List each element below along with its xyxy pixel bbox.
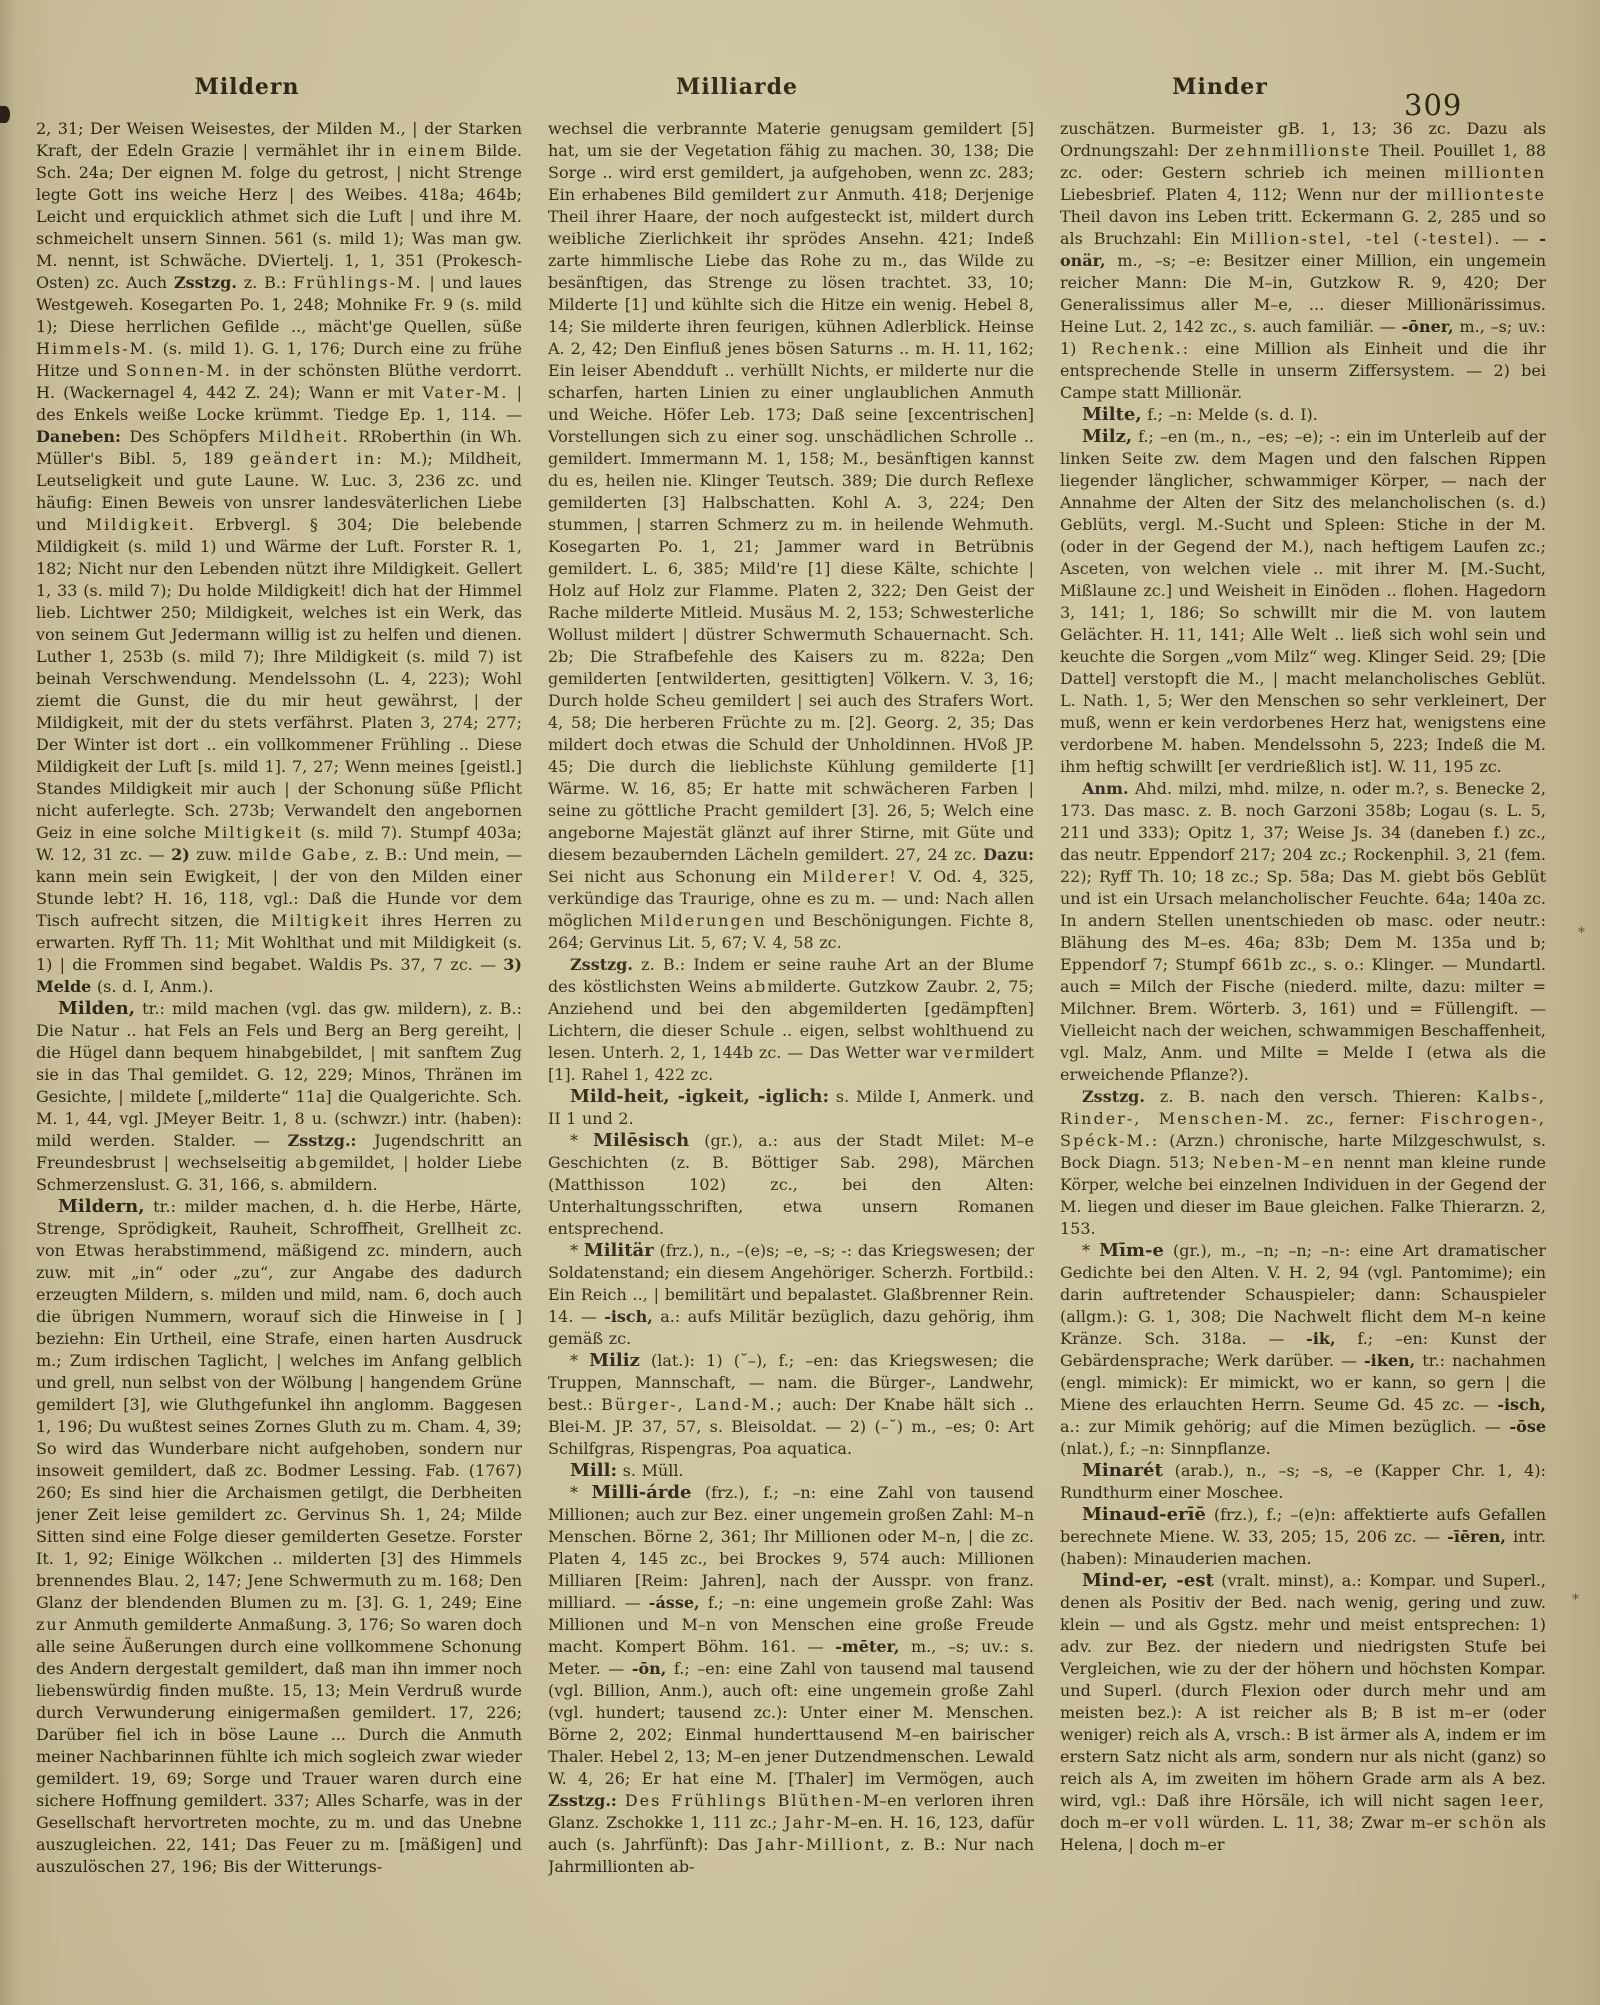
text-run: Zsstzg. (174, 273, 237, 292)
text-run: -isch, (604, 1307, 653, 1326)
text-run: Melde (36, 977, 91, 996)
text-run: Jahr-Milliont, (757, 1835, 893, 1854)
text-columns: 2, 31; Der Weisen Weisestes, der Milden … (36, 118, 1546, 1886)
text-run: Miltigkeit (204, 823, 303, 842)
entry-headword: Milte, (1082, 404, 1142, 425)
text-run: Des Schöpfers (121, 427, 258, 446)
paragraph: zuschätzen. Burmeister gB. 1, 13; 36 zc.… (1060, 118, 1546, 404)
text-run: Frühlings-M. (293, 273, 422, 292)
text-run: ver (943, 1043, 975, 1062)
text-run: Des Frühlings Blüthen- (625, 1791, 863, 1810)
text-run: in (917, 537, 936, 556)
text-run: zc., ferner: (1291, 1109, 1421, 1128)
entry-headword: Mind-er, -est (1082, 1570, 1214, 1591)
text-run: z. B. nach den versch. Thieren: (1145, 1087, 1477, 1106)
text-run: -ásse, (649, 1593, 700, 1612)
text-run: Zsstzg. (570, 955, 633, 974)
text-run: leer, (1501, 1791, 1546, 1810)
entry-headword: Miliz (589, 1350, 640, 1371)
entry-headword: Minarét (1082, 1460, 1163, 1481)
text-run: millionten (1444, 163, 1546, 182)
paragraph: Milte, f.; –n: Melde (s. d. I). (1060, 404, 1546, 426)
margin-speck: * (1572, 1592, 1579, 1608)
paragraph: Milz, f.; –en (m., n., –es; –e); -: ein … (1060, 426, 1546, 778)
paragraph: * Mīm-e (gr.), m., –n; –n; –n-: eine Art… (1060, 1240, 1546, 1460)
running-head-center: Milliarde (676, 74, 798, 100)
text-run: zehnmillionste (1225, 141, 1371, 160)
entry-headword: Mīm-e (1099, 1240, 1164, 1261)
text-run: Sonnen-M. (126, 361, 232, 380)
text-run: (s. d. I, Anm.). (91, 977, 213, 996)
paragraph: Mild-heit, -igkeit, -iglich: s. Milde I,… (548, 1086, 1034, 1130)
text-run: Milderungen (640, 911, 767, 930)
text-run: Anm. (1082, 779, 1129, 798)
text-run: Ahd. milzi, mhd. milze, n. oder m.?, s. … (1060, 779, 1546, 1084)
text-run: Anmuth. 418; Derjenige Theil ihrer Haare… (548, 185, 1034, 446)
paragraph: Anm. Ahd. milzi, mhd. milze, n. oder m.?… (1060, 778, 1546, 1086)
text-run: geändert in: (250, 449, 384, 468)
dictionary-page: Mildern Milliarde Minder 309 2, 31; Der … (0, 0, 1600, 2005)
text-run: Zsstzg.: (288, 1131, 357, 1150)
entry-headword: Milz, (1082, 426, 1132, 447)
text-run: -mēter, (835, 1637, 899, 1656)
text-run: -iken, (1364, 1351, 1415, 1370)
column-right: zuschätzen. Burmeister gB. 1, 13; 36 zc.… (1060, 118, 1546, 1886)
entry-headword: Militär (584, 1240, 654, 1261)
text-run: -isch, (1497, 1395, 1546, 1414)
text-run: Betrübnis gemildert. L. 6, 385; Mild're … (548, 537, 1034, 864)
text-run: 2) (171, 845, 190, 864)
text-run: * (1082, 1241, 1099, 1260)
column-center: wechsel die verbrannte Materie genugsam … (548, 118, 1034, 1886)
paragraph: Mind-er, -est (vralt. minst), a.: Kompar… (1060, 1570, 1546, 1856)
paragraph: wechsel die verbrannte Materie genugsam … (548, 118, 1034, 954)
text-run: Mildheit. (258, 427, 349, 446)
text-run: * (570, 1131, 593, 1150)
paragraph: * Miliz (lat.): 1) (˘–), f.; –en: das Kr… (548, 1350, 1034, 1460)
text-run: Daneben: (36, 427, 121, 446)
text-run: f.; –en: eine Zahl von tausend mal tause… (548, 1659, 1034, 1788)
text-run: (vralt. minst), a.: Kompar. und Superl.,… (1060, 1571, 1546, 1810)
text-run: zur (797, 185, 829, 204)
paragraph: Zsstzg. z. B. nach den versch. Thieren: … (1060, 1086, 1546, 1240)
text-run: z. B.: (237, 273, 293, 292)
column-left: 2, 31; Der Weisen Weisestes, der Milden … (36, 118, 522, 1886)
text-run: Mildigkeit. (86, 515, 196, 534)
text-run: Dazu: (983, 845, 1034, 864)
text-run: Erbvergl. § 304; Die belebende Mildigkei… (36, 515, 522, 842)
text-run: würden. L. 11, 38; Zwar m–er (1191, 1813, 1458, 1832)
text-run: -ik, (1306, 1329, 1335, 1348)
text-run: f.; –en (m., n., –es; –e); -: ein im Unt… (1060, 427, 1546, 776)
entry-headword: Minaud-erīē (1082, 1504, 1206, 1525)
text-run: -ōner, (1402, 317, 1454, 336)
page-number: 309 (1404, 88, 1462, 122)
paragraph: * Milēsisch (gr.), a.: aus der Stadt Mil… (548, 1130, 1034, 1240)
text-run: * (570, 1351, 589, 1370)
paragraph: Minarét (arab.), n., –s; –s, –e (Kapper … (1060, 1460, 1546, 1504)
text-run: Himmels-M. (36, 339, 155, 358)
text-run: — (1501, 229, 1539, 248)
text-run: * (570, 1241, 584, 1260)
ink-blot (0, 106, 10, 123)
entry-headword: Milēsisch (593, 1130, 689, 1151)
text-run: ab (295, 1153, 319, 1172)
text-run: 3) (503, 955, 522, 974)
entry-headword: Milli-árde (592, 1482, 692, 1503)
text-run: Miltigkeit (271, 911, 370, 930)
text-run: Rechenk.: (1091, 339, 1190, 358)
text-run: -ōn, (632, 1659, 667, 1678)
text-run: zur (36, 1615, 68, 1634)
paragraph: Zsstzg. z. B.: Indem er seine rauhe Art … (548, 954, 1034, 1086)
entry-headword: Mild-heit, -igkeit, -iglich: (570, 1086, 829, 1107)
text-run: -īēren, (1447, 1527, 1506, 1546)
text-run: zuw. (190, 845, 238, 864)
running-head-right: Minder (1172, 74, 1268, 100)
paragraph: Milden, tr.: mild machen (vgl. das gw. m… (36, 998, 522, 1196)
running-head-left: Mildern (194, 74, 299, 100)
entry-headword: Mill: (570, 1460, 617, 1481)
paragraph: 2, 31; Der Weisen Weisestes, der Milden … (36, 118, 522, 998)
text-run: zu (707, 427, 730, 446)
margin-speck: * (1578, 925, 1585, 941)
text-run: (nlat.), f.; –n: Sinnpflanze. (1060, 1439, 1271, 1458)
text-run: milde Gabe, (238, 845, 359, 864)
text-run: f.; –n: Melde (s. d. I). (1142, 405, 1318, 424)
text-run: Bilde. Sch. 24a; Der eignen M. folge du … (36, 141, 522, 292)
text-run: Sei nicht aus Schonung ein (548, 867, 802, 886)
text-run: Zsstzg.: (548, 1791, 617, 1810)
paragraph: Mildern, tr.: milder machen, d. h. die H… (36, 1196, 522, 1878)
paragraph: * Milli-árde (frz.), f.; –n: eine Zahl v… (548, 1482, 1034, 1878)
text-run (617, 1791, 625, 1810)
text-run: millionteste (1426, 185, 1546, 204)
text-run: Vater-M. (422, 383, 508, 402)
paragraph: * Militär (frz.), n., –(e)s; –e, –s; -: … (548, 1240, 1034, 1350)
text-run: -ōse (1510, 1417, 1547, 1436)
text-run: * (570, 1483, 592, 1502)
text-run: Neben-M–en (1213, 1153, 1336, 1172)
paragraph: Minaud-erīē (frz.), f.; –(e)n: affektier… (1060, 1504, 1546, 1570)
entry-headword: Mildern, (58, 1196, 144, 1217)
text-run: Anmuth gemilderte Anmaßung. 3, 176; So w… (36, 1615, 522, 1876)
text-run: voll (1154, 1813, 1191, 1832)
text-run: Zsstzg. (1082, 1087, 1145, 1106)
paragraph: Mill: s. Müll. (548, 1460, 1034, 1482)
text-run: Jahr- (784, 1813, 833, 1832)
text-run: schön (1458, 1813, 1515, 1832)
text-run: Bürger-, Land-M.; (601, 1395, 784, 1414)
text-run: tr.: mild machen (vgl. das gw. mildern),… (36, 999, 522, 1150)
text-run: Liebesbrief. Platen 4, 112; Wenn nur der (1060, 185, 1426, 204)
text-run: Milderer! (802, 867, 898, 886)
text-run: a.: zur Mimik gehörig; auf die Mimen bez… (1060, 1417, 1510, 1436)
text-run: in einem (378, 141, 467, 160)
text-run: tr.: milder machen, d. h. die Herbe, Här… (36, 1197, 522, 1612)
entry-headword: Milden, (58, 998, 135, 1019)
text-run: ab (744, 977, 768, 996)
text-run: doch m–er (1060, 1813, 1154, 1832)
text-run: s. Müll. (617, 1461, 683, 1480)
text-run: Million-stel, -tel (-testel). (1231, 229, 1502, 248)
